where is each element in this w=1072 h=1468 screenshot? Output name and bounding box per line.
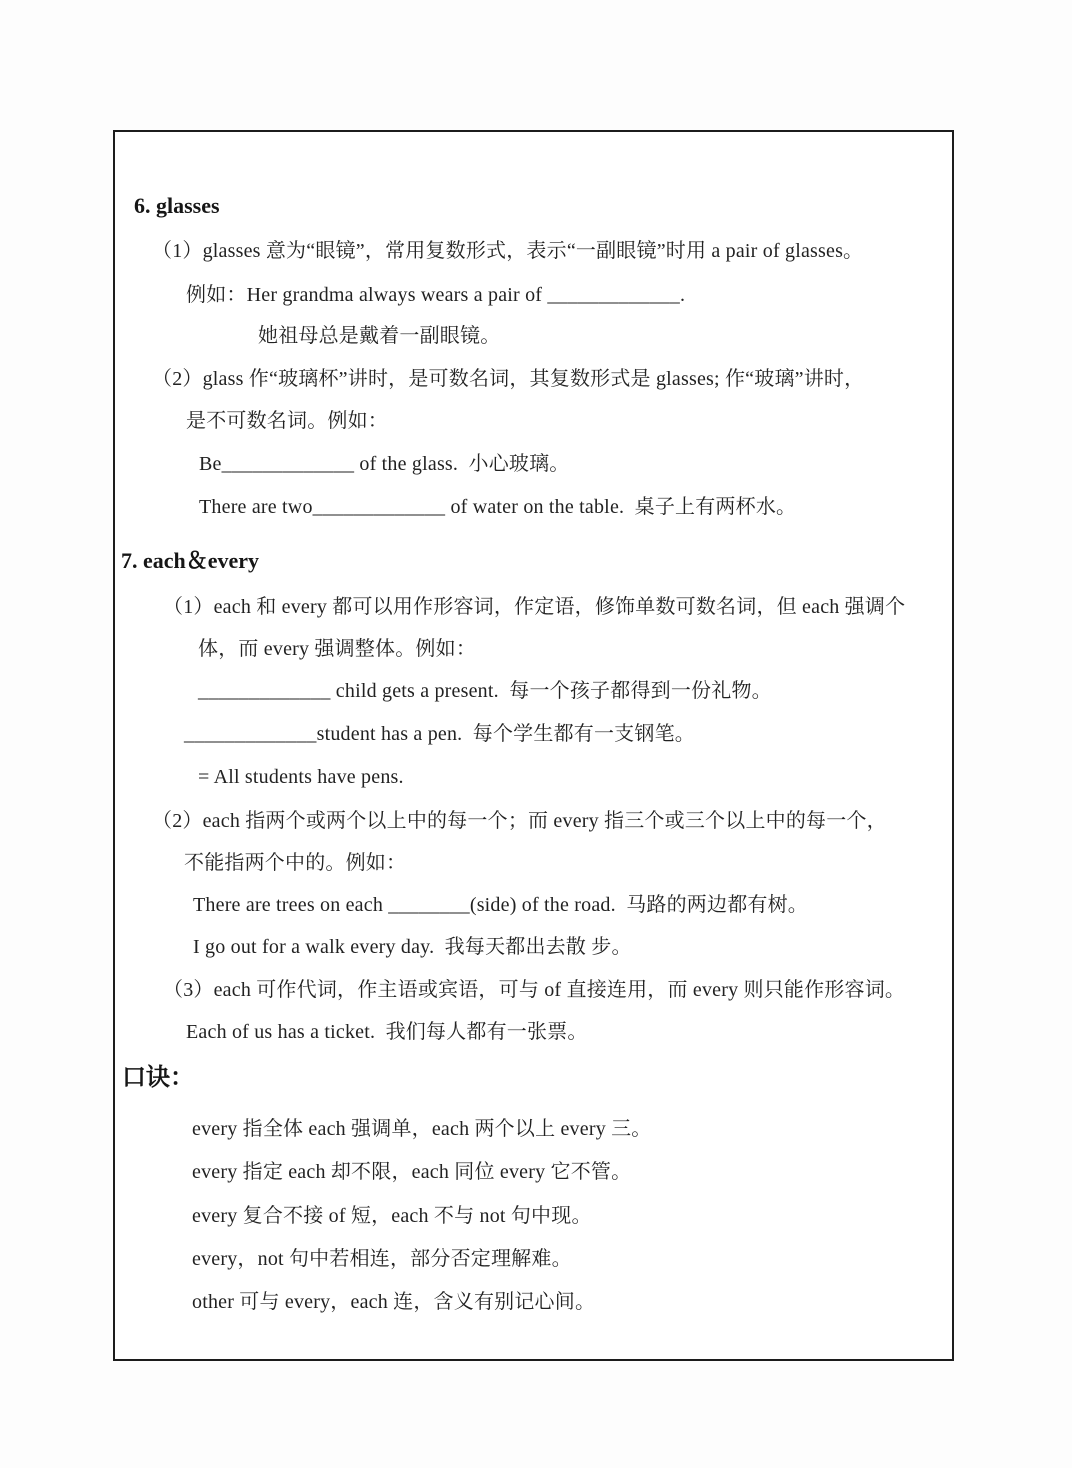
mnemonic-line-5: other 可与 every，each 连，含义有别记心间。 (192, 1289, 595, 1316)
text-layer: 6. glasses（1）glasses 意为“眼镜”，常用复数形式，表示“一副… (0, 0, 1072, 1468)
each-every-example-2-equivalent: = All students have pens. (198, 764, 404, 791)
each-every-rule-3: （3）each 可作代词，作主语或宾语，可与 of 直接连用，而 every 则… (163, 977, 905, 1004)
each-every-example-4: I go out for a walk every day. 我每天都出去散 步… (193, 934, 632, 961)
mnemonic-line-2: every 指定 each 却不限，each 同位 every 它不管。 (192, 1159, 631, 1186)
mnemonic-line-3: every 复合不接 of 短，each 不与 not 句中现。 (192, 1203, 592, 1230)
glasses-example-3: There are two_____________ of water on t… (199, 494, 796, 521)
each-every-rule-2b: 不能指两个中的。例如： (184, 850, 406, 877)
each-every-rule-2a: （2）each 指两个或两个以上中的每一个；而 every 指三个或三个以上中的… (152, 808, 887, 835)
glasses-example-1-zh: 她祖母总是戴着一副眼镜。 (258, 323, 500, 350)
each-every-example-2: _____________student has a pen. 每个学生都有一支… (184, 721, 695, 748)
glasses-rule-2a: （2）glass 作“玻璃杯”讲时，是可数名词，其复数形式是 glasses; … (152, 366, 864, 393)
glasses-rule-1: （1）glasses 意为“眼镜”，常用复数形式，表示“一副眼镜”时用 a pa… (152, 238, 863, 265)
mnemonic-line-4: every，not 句中若相连，部分否定理解难。 (192, 1246, 572, 1273)
each-every-rule-1a: （1）each 和 every 都可以用作形容词，作定语，修饰单数可数名词，但 … (163, 594, 905, 621)
mnemonic-heading: 口诀： (122, 1062, 194, 1094)
glasses-rule-2b: 是不可数名词。例如： (186, 408, 388, 435)
each-every-example-5: Each of us has a ticket. 我们每人都有一张票。 (186, 1019, 588, 1046)
each-every-rule-1b: 体，而 every 强调整体。例如： (198, 636, 476, 663)
glasses-example-1-en: 例如：Her grandma always wears a pair of __… (186, 282, 685, 309)
glasses-example-2: Be_____________ of the glass. 小心玻璃。 (199, 451, 570, 478)
each-every-example-1: _____________ child gets a present. 每一个孩… (198, 678, 772, 705)
section-6-heading: 6. glasses (134, 191, 220, 221)
document-page: 6. glasses（1）glasses 意为“眼镜”，常用复数形式，表示“一副… (0, 0, 1072, 1468)
each-every-example-3: There are trees on each ________(side) o… (193, 892, 808, 919)
mnemonic-line-1: every 指全体 each 强调单，each 两个以上 every 三。 (192, 1116, 652, 1143)
section-7-heading: 7. each＆every (121, 546, 259, 576)
